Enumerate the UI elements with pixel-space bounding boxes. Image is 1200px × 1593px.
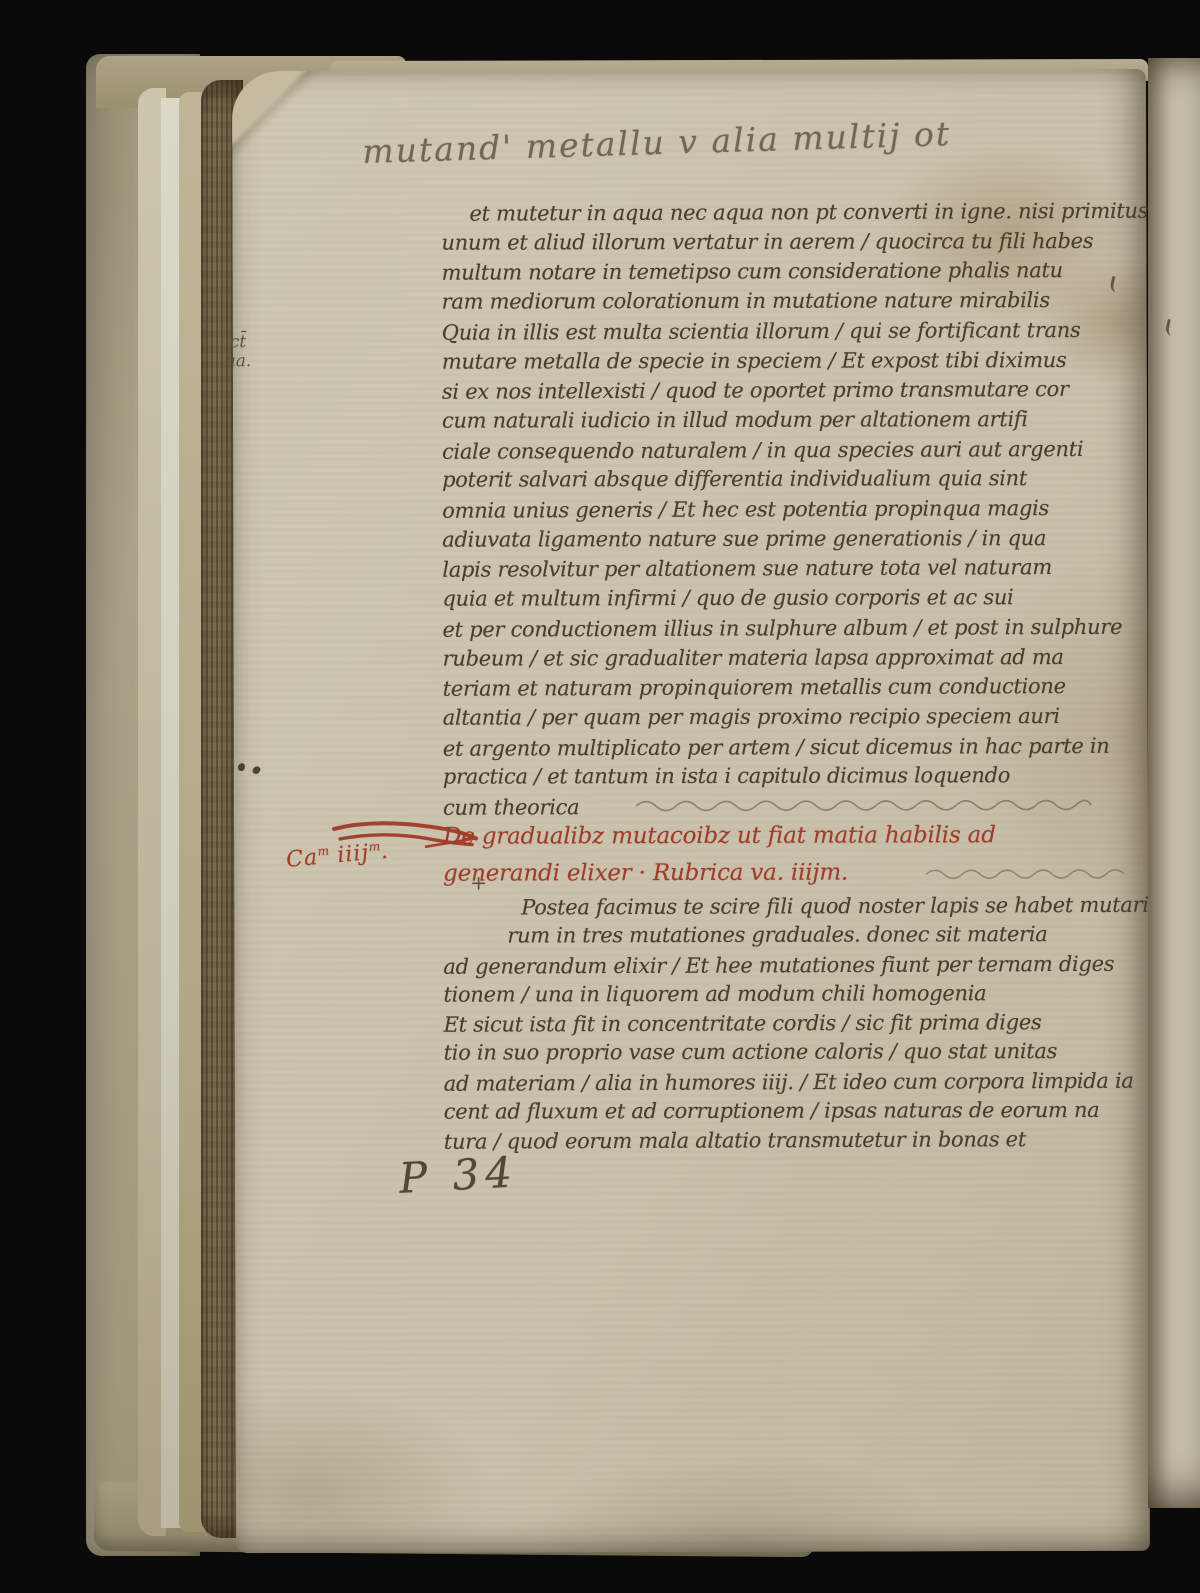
text-line: si ex nos intellexisti / quod te oportet… (442, 375, 1132, 408)
text-line: ad materiam / alia in humores iiij. / Et… (444, 1067, 1134, 1099)
text-line: lapis resolvitur per altationem sue natu… (442, 553, 1132, 586)
page-stack-edge-white (161, 98, 181, 1528)
text-line: et argento multiplicato per artem / sicu… (443, 731, 1133, 764)
chapter-number-margin-note: Cam iiijm. (285, 838, 390, 872)
text-line: omnia unius generis / Et hec est potenti… (442, 494, 1132, 527)
chapter-note-base: Ca (285, 845, 319, 873)
facing-page-sliver (1148, 58, 1200, 1508)
text-line: adiuvata ligamento nature sue prime gene… (442, 524, 1132, 556)
ink-blot (251, 765, 261, 775)
text-line: rum in tres mutationes graduales. donec … (507, 920, 1133, 951)
text-line: practica / et tantum in ista i capitulo … (443, 761, 1133, 793)
text-line: ciale consequendo naturalem / in qua spe… (442, 434, 1132, 467)
margin-note: ct̄ ua. (225, 333, 252, 371)
text-line: ad generandum elixir / Et hee mutationes… (443, 949, 1133, 981)
ink-blot (238, 763, 245, 771)
text-line: unum et aliud illorum vertatur in aerem … (441, 227, 1131, 259)
margin-note-line1: ct̄ (225, 333, 252, 352)
text-line: Quia in illis est multa scientia illorum… (442, 316, 1132, 349)
main-text-paragraph-2: Postea facimus te scire fili quod noster… (443, 891, 1134, 1156)
text-line: cent ad fluxum et ad corruptionem / ipsa… (444, 1096, 1134, 1127)
running-header-title: mutand' metallu v alia multij ot (362, 112, 1023, 171)
text-line: et per conductionem illius in sulphure a… (442, 613, 1132, 646)
text-line: rubeum / et sic gradualiter materia laps… (443, 642, 1133, 674)
text-line: teriam et naturam propinquiorem metallis… (443, 672, 1133, 705)
manuscript-page: mutand' metallu v alia multij ot ct̄ ua.… (232, 69, 1150, 1553)
text-line: quia et multum infirmi / quo de gusio co… (442, 583, 1132, 615)
margin-note-line2: ua. (225, 352, 252, 371)
folio-page-number: P 34 (398, 1147, 520, 1202)
text-line: tura / quod eorum mala altatio transmute… (444, 1125, 1134, 1157)
text-line: altantia / per quam per magis proximo re… (443, 702, 1133, 734)
dog-eared-corner (232, 71, 362, 189)
text-line: et mutetur in aqua nec aqua non pt conve… (469, 197, 1131, 230)
main-text-paragraph-1: et mutetur in aqua nec aqua non pt conve… (441, 197, 1133, 823)
line-filler-squiggle (924, 861, 1136, 884)
text-line: tio in suo proprio vase cum actione calo… (444, 1037, 1134, 1068)
text-line: poterit salvari absque differentia indiv… (442, 464, 1132, 496)
stray-pen-mark (1164, 319, 1179, 337)
text-line: De gradualibz mutacoibz ut fiat matia ha… (443, 817, 1133, 856)
text-line: cum naturali iudicio in illud modum per … (442, 405, 1132, 437)
text-line: Et sicut ista fit in concentritate cordi… (443, 1008, 1133, 1040)
photo-background: { "colors": { "background": "#0a0a0b", "… (0, 0, 1200, 1593)
text-line: Postea facimus te scire fili quod noster… (521, 891, 1133, 923)
chapter-note-base: iiij (328, 840, 370, 868)
marginal-cross-mark: + (470, 871, 487, 895)
text-line: ram mediorum colorationum in mutatione n… (442, 286, 1132, 318)
text-line: mutare metalla de specie in speciem / Et… (442, 345, 1132, 377)
text-line: tionem / una in liquorem ad modum chili … (443, 979, 1133, 1010)
line-filler-squiggle (634, 791, 1106, 814)
text-line: multum notare in temetipso cum considera… (442, 256, 1132, 289)
